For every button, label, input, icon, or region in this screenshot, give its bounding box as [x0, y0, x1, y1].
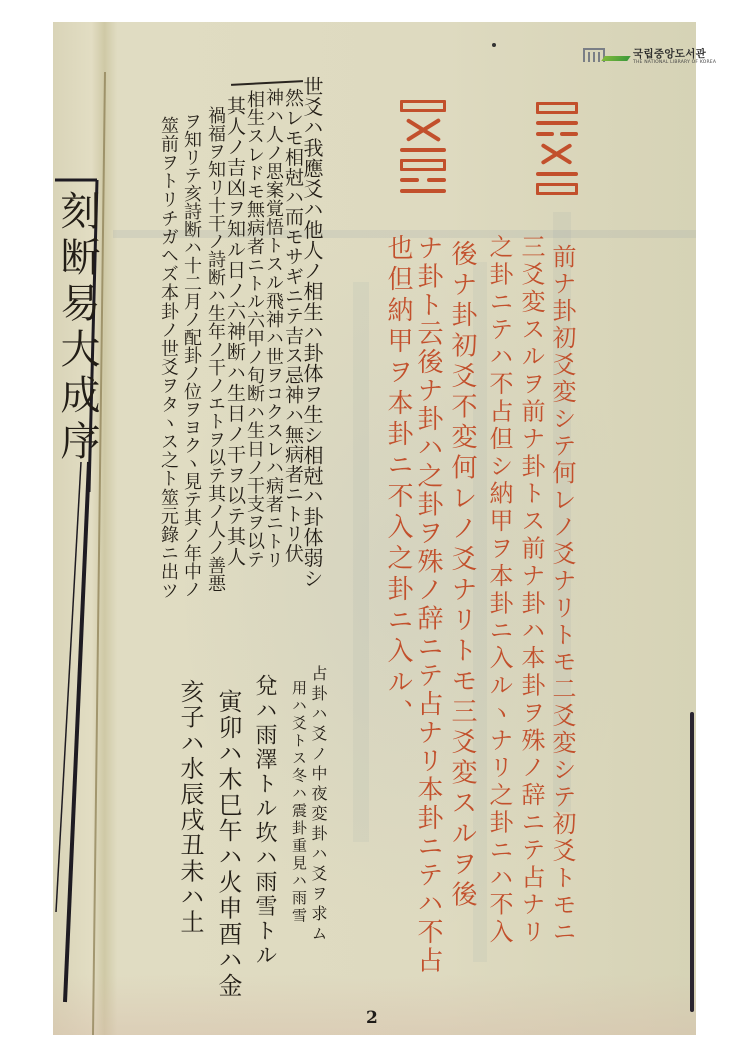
hexagram-line-yin-icon [400, 178, 446, 182]
logo-korean-text: 국립중앙도서관 [633, 46, 706, 61]
national-library-logo: 국립중앙도서관 THE NATIONAL LIBRARY OF KOREA [583, 44, 713, 70]
red-annotation-column: 後ナ卦初爻不変何レノ爻ナリトモ三爻変スルヲ後 [449, 240, 475, 911]
logo-swoosh [601, 56, 631, 61]
black-note-column: 神ハ人ノ思案覚悟トスル飛神ハ世ヲコクスレハ病者ニトリ [264, 88, 282, 569]
hexagram-line-yang-icon [536, 121, 578, 125]
hexagram-line-x-icon [536, 143, 578, 165]
hexagram-right [536, 102, 578, 195]
black-note-column-small: 用ハ爻トス冬ハ震卦重見ハ雨雪 [291, 680, 306, 925]
black-note-column: 世爻ハ我應爻ハ他人ノ相生ハ卦体ヲ生シ相尅ハ卦体弱シ [302, 76, 322, 589]
ink-dot [492, 43, 496, 47]
hexagram-line-box-icon [400, 100, 446, 112]
page-number: 2 [366, 1008, 378, 1028]
hexagram-line-yang-icon [400, 189, 446, 193]
black-note-column: 兌ハ雨澤トル坎ハ雨雪トル [253, 674, 275, 968]
black-note-column: 禍福ヲ知リ十干ノ詩断ハ生年ノ干ノエトヲ以テ其ノ人ノ善悪 [206, 106, 224, 592]
spine-frame-lines [53, 22, 696, 1035]
black-note-column: 寅卯ハ木巳午ハ火申酉ハ金 [216, 689, 240, 999]
scanned-page: 刻断易大成序 前ナ卦初爻変シテ何レノ爻ナリトモ二爻変シテ初爻トモニ 三爻変スルヲ… [53, 22, 696, 1035]
hexagram-left [400, 100, 446, 193]
spine-title: 刻断易大成序 [57, 190, 97, 466]
hexagram-line-box-icon [400, 159, 446, 171]
red-annotation-column: 之卦ニテハ不占但シ納甲ヲ本卦ニ入ルヽナリ之卦ニハ不入 [487, 234, 511, 946]
hexagram-line-box-icon [536, 183, 578, 195]
black-note-column: 相生スレドモ無病者ニトル六甲ノ旬断ハ生日ノ干支ヲ以テ [245, 90, 263, 568]
hexagram-line-yang-icon [400, 148, 446, 152]
frame-line-right [690, 712, 694, 1012]
black-note-column: 筮前ヲトリチガヘズ本卦ノ世爻ヲタヽス之ト筮元錄ニ出ツ [159, 116, 177, 600]
hexagram-line-box-icon [536, 102, 578, 114]
black-note-column-small: 占卦ハ爻ノ中夜変卦ハ爻ヲ求ム [310, 665, 326, 945]
hexagram-line-yang-icon [536, 172, 578, 176]
red-annotation-column: 前ナ卦初爻変シテ何レノ爻ナリトモ二爻変シテ初爻トモニ [550, 244, 574, 946]
red-annotation-column: 也但納甲ヲ本卦ニ不入之卦ニ入ル、 [385, 234, 411, 730]
logo-english-text: THE NATIONAL LIBRARY OF KOREA [633, 60, 716, 65]
black-note-column: 其人ノ吉凶ヲ知ル日ノ六神断ハ生日ノ干ヲ以テ其人 [225, 96, 244, 568]
hexagram-line-x-icon [400, 119, 446, 141]
black-note-column: ヲ知リテ亥詩断ハ十二月ノ配卦ノ位ヲヨクヽ見テ其ノ年中ノ [182, 112, 200, 598]
red-annotation-column: ナ卦ト云後ナ卦ハ之卦ヲ殊ノ辞ニテ占ナリ本卦ニテハ不占 [415, 234, 441, 975]
red-annotation-column: 三爻変スルヲ前ナ卦トス前ナ卦ハ本卦ヲ殊ノ辞ニテ占ナリ [519, 234, 543, 946]
black-note-column: 亥子ハ水辰戌丑未ハ土 [178, 679, 202, 935]
black-note-column: 然レモ相尅ハ而モサギニテ吉ス忌神ハ無病者ニトリ伏 [283, 88, 302, 563]
hexagram-line-yin-icon [536, 132, 578, 136]
